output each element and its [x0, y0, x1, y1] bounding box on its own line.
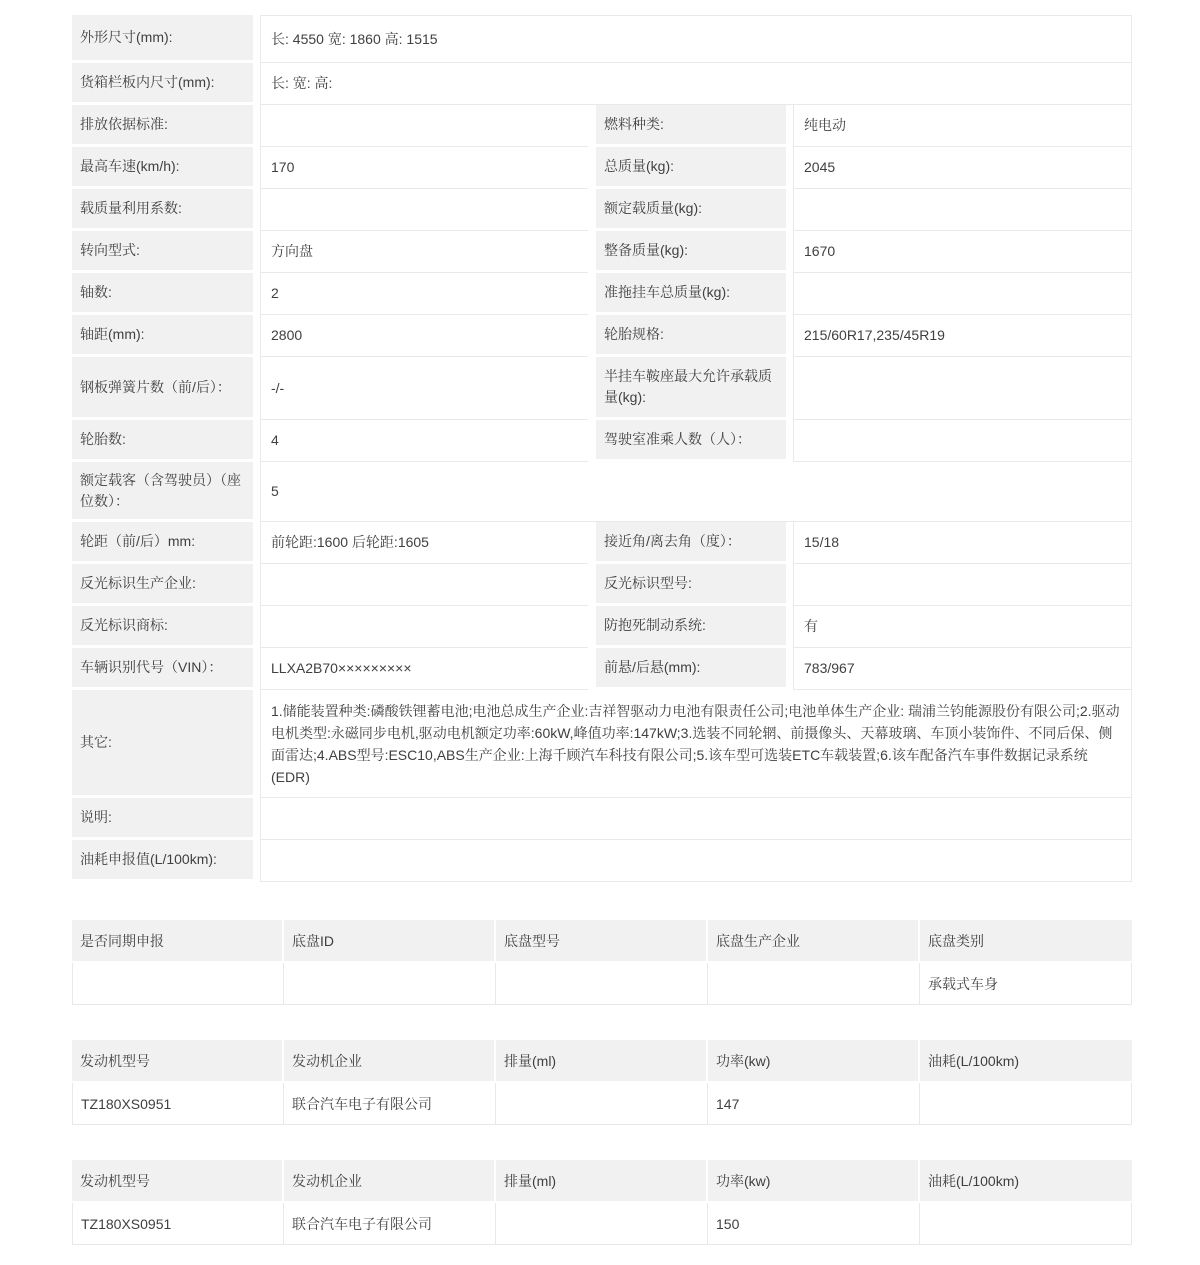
spec-row-fuel-declared: 油耗申报值(L/100km): [72, 840, 1132, 882]
spec-value [260, 105, 588, 147]
spec-label: 前悬/后悬(mm): [596, 648, 786, 690]
spec-value: 15/18 [793, 522, 1132, 564]
spec-label: 货箱栏板内尺寸(mm): [72, 63, 253, 105]
spec-value [793, 420, 1132, 462]
spec-value: 783/967 [793, 648, 1132, 690]
spec-row-vin-overhang: 车辆识别代号（VIN）： LLXA2B70××××××××× 前悬/后悬(mm)… [72, 648, 1132, 690]
spec-row-emission-fuel: 排放依据标准: 燃料种类: 纯电动 [72, 105, 1132, 147]
engine-header: 发动机型号 [72, 1040, 284, 1083]
engine-header: 功率(kw) [708, 1160, 920, 1203]
spec-row-reflective-brand-abs: 反光标识商标: 防抱死制动系统: 有 [72, 606, 1132, 648]
spec-value: 前轮距:1600 后轮距:1605 [260, 522, 588, 564]
spec-value: 有 [793, 606, 1132, 648]
engine-model-cell: TZ180XS0951 [72, 1203, 284, 1245]
spec-value: 2800 [260, 315, 588, 357]
engine-fuel-cell [920, 1083, 1132, 1125]
engine-header: 油耗(L/100km) [920, 1040, 1132, 1083]
spec-value: 5 [260, 462, 1132, 522]
spec-label: 反光标识生产企业: [72, 564, 253, 606]
chassis-header: 底盘类别 [920, 920, 1132, 963]
spec-value: -/- [260, 357, 588, 420]
chassis-cell [72, 963, 284, 1005]
spec-value: 2 [260, 273, 588, 315]
spec-label: 额定载质量(kg): [596, 189, 786, 231]
spec-value [260, 798, 1132, 840]
spec-label: 接近角/离去角（度）： [596, 522, 786, 564]
spec-value: LLXA2B70××××××××× [260, 648, 588, 690]
spec-row-cargo-box: 货箱栏板内尺寸(mm): 长: 宽: 高: [72, 63, 1132, 105]
engine-header: 排量(ml) [496, 1160, 708, 1203]
spec-row-springs-saddle: 钢板弹簧片数（前/后）： -/- 半挂车鞍座最大允许承载质量(kg): [72, 357, 1132, 420]
chassis-cell-body-type: 承载式车身 [920, 963, 1132, 1005]
spec-value [260, 564, 588, 606]
spec-table: 外形尺寸(mm): 长: 4550 宽: 1860 高: 1515 货箱栏板内尺… [72, 15, 1132, 882]
spec-row-track-angles: 轮距（前/后）mm: 前轮距:1600 后轮距:1605 接近角/离去角（度）：… [72, 522, 1132, 564]
spec-value: 1670 [793, 231, 1132, 273]
engine-header: 排量(ml) [496, 1040, 708, 1083]
spec-label: 燃料种类: [596, 105, 786, 147]
spec-row-remarks: 说明: [72, 798, 1132, 840]
spec-row-reflective-maker: 反光标识生产企业: 反光标识型号: [72, 564, 1132, 606]
engine-maker-cell: 联合汽车电子有限公司 [284, 1203, 496, 1245]
spec-label: 轮距（前/后）mm: [72, 522, 253, 564]
spec-label: 载质量利用系数: [72, 189, 253, 231]
spec-label: 半挂车鞍座最大允许承载质量(kg): [596, 357, 786, 420]
spec-label: 驾驶室准乘人数（人）： [596, 420, 786, 462]
spec-label: 其它: [72, 690, 253, 798]
engine-power-cell: 150 [708, 1203, 920, 1245]
spec-row-other: 其它: 1.储能装置种类:磷酸铁锂蓄电池;电池总成生产企业:吉祥智驱动力电池有限… [72, 690, 1132, 798]
engine-header: 发动机型号 [72, 1160, 284, 1203]
engine-table-1: 发动机型号 发动机企业 排量(ml) 功率(kw) 油耗(L/100km) TZ… [72, 1040, 1132, 1125]
spec-label: 转向型式: [72, 231, 253, 273]
spec-label: 说明: [72, 798, 253, 840]
spec-value-other-notes: 1.储能装置种类:磷酸铁锂蓄电池;电池总成生产企业:吉祥智驱动力电池有限责任公司… [260, 690, 1132, 798]
spec-row-tire-count-cab: 轮胎数: 4 驾驶室准乘人数（人）： [72, 420, 1132, 462]
spec-row-steering-curb: 转向型式: 方向盘 整备质量(kg): 1670 [72, 231, 1132, 273]
spec-row-dimensions: 外形尺寸(mm): 长: 4550 宽: 1860 高: 1515 [72, 15, 1132, 63]
spec-value: 4 [260, 420, 588, 462]
spec-label: 轮胎数: [72, 420, 253, 462]
engine-displacement-cell [496, 1083, 708, 1125]
spec-label: 排放依据标准: [72, 105, 253, 147]
spec-value: 方向盘 [260, 231, 588, 273]
spec-label: 反光标识型号: [596, 564, 786, 606]
spec-label: 钢板弹簧片数（前/后）： [72, 357, 253, 420]
spec-value [260, 840, 1132, 882]
chassis-cell [496, 963, 708, 1005]
spec-label: 油耗申报值(L/100km): [72, 840, 253, 882]
chassis-cell [708, 963, 920, 1005]
engine-fuel-cell [920, 1203, 1132, 1245]
vehicle-spec-page: 外形尺寸(mm): 长: 4550 宽: 1860 高: 1515 货箱栏板内尺… [0, 0, 1200, 1265]
engine-header: 发动机企业 [284, 1160, 496, 1203]
spec-row-speed-mass: 最高车速(km/h): 170 总质量(kg): 2045 [72, 147, 1132, 189]
spec-label: 防抱死制动系统: [596, 606, 786, 648]
engine-header: 发动机企业 [284, 1040, 496, 1083]
spec-label: 轴距(mm): [72, 315, 253, 357]
spec-label: 额定载客（含驾驶员）（座位数）： [72, 462, 253, 522]
spec-value: 170 [260, 147, 588, 189]
chassis-header: 底盘ID [284, 920, 496, 963]
spec-value [260, 606, 588, 648]
spec-value [793, 357, 1132, 420]
spec-label: 轮胎规格: [596, 315, 786, 357]
spec-value: 2045 [793, 147, 1132, 189]
engine-displacement-cell [496, 1203, 708, 1245]
chassis-header: 底盘生产企业 [708, 920, 920, 963]
spec-row-load-factor: 载质量利用系数: 额定载质量(kg): [72, 189, 1132, 231]
spec-label: 准拖挂车总质量(kg): [596, 273, 786, 315]
spec-value [793, 564, 1132, 606]
spec-label: 总质量(kg): [596, 147, 786, 189]
chassis-table: 是否同期申报 底盘ID 底盘型号 底盘生产企业 底盘类别 承载式车身 [72, 920, 1132, 1005]
engine-table-2: 发动机型号 发动机企业 排量(ml) 功率(kw) 油耗(L/100km) TZ… [72, 1160, 1132, 1245]
spec-value [793, 273, 1132, 315]
spec-value: 纯电动 [793, 105, 1132, 147]
spec-label: 反光标识商标: [72, 606, 253, 648]
spec-row-wheelbase-tires: 轴距(mm): 2800 轮胎规格: 215/60R17,235/45R19 [72, 315, 1132, 357]
engine-header: 油耗(L/100km) [920, 1160, 1132, 1203]
spec-value [260, 189, 588, 231]
spec-value: 长: 4550 宽: 1860 高: 1515 [260, 15, 1132, 63]
spec-label: 车辆识别代号（VIN）： [72, 648, 253, 690]
engine-model-cell: TZ180XS0951 [72, 1083, 284, 1125]
chassis-header: 是否同期申报 [72, 920, 284, 963]
spec-label: 最高车速(km/h): [72, 147, 253, 189]
chassis-cell [284, 963, 496, 1005]
spec-label: 整备质量(kg): [596, 231, 786, 273]
chassis-header: 底盘型号 [496, 920, 708, 963]
spec-label: 外形尺寸(mm): [72, 15, 253, 63]
engine-power-cell: 147 [708, 1083, 920, 1125]
spec-value [793, 189, 1132, 231]
spec-row-seats: 额定载客（含驾驶员）（座位数）： 5 [72, 462, 1132, 522]
spec-value: 215/60R17,235/45R19 [793, 315, 1132, 357]
spec-value: 长: 宽: 高: [260, 63, 1132, 105]
engine-header: 功率(kw) [708, 1040, 920, 1083]
spec-row-axles-trailer: 轴数: 2 准拖挂车总质量(kg): [72, 273, 1132, 315]
spec-label: 轴数: [72, 273, 253, 315]
engine-maker-cell: 联合汽车电子有限公司 [284, 1083, 496, 1125]
